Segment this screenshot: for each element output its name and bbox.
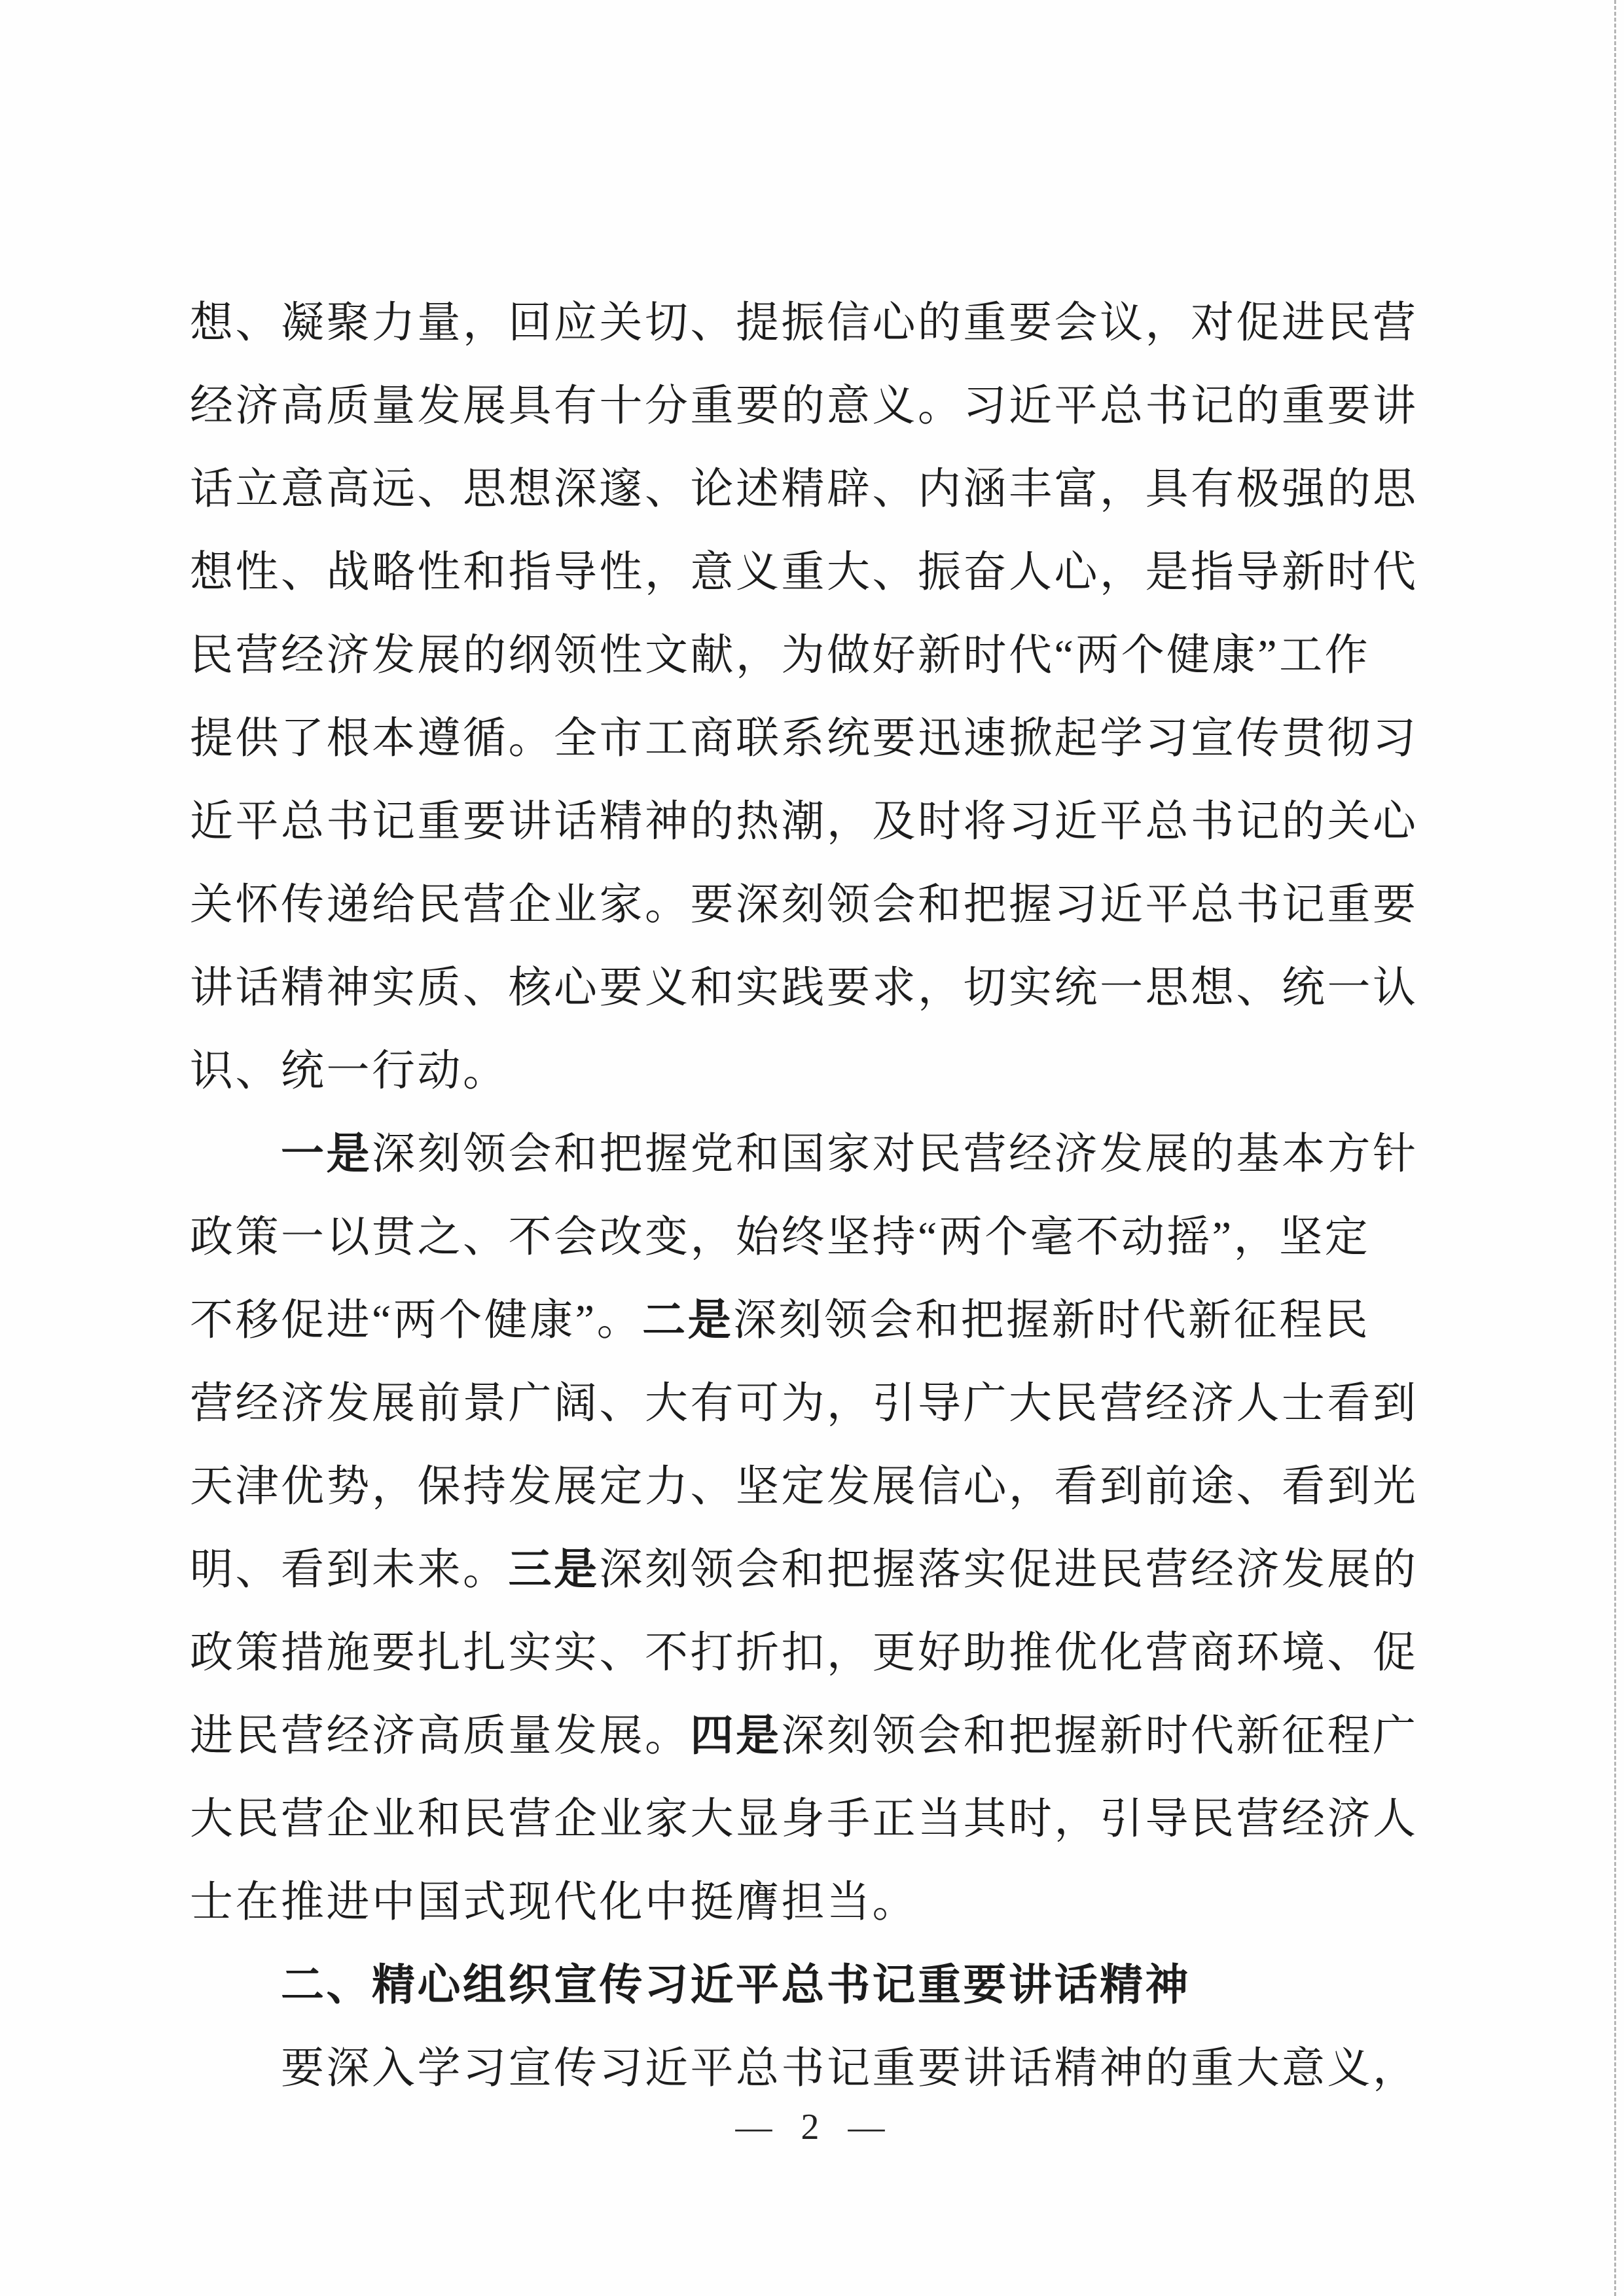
text-line: 关怀传递给民营企业家。要深刻领会和把握习近平总书记重要 xyxy=(190,863,1437,946)
text-line: 想性、战略性和指导性，意义重大、振奋人心，是指导新时代 xyxy=(190,531,1437,614)
document-page: 想、凝聚力量，回应关切、提振信心的重要会议，对促进民营经济高质量发展具有十分重要… xyxy=(0,0,1624,2296)
text-segment: 士在推进中国式现代化中挺膺担当。 xyxy=(190,1878,918,1926)
document-body: 想、凝聚力量，回应关切、提振信心的重要会议，对促进民营经济高质量发展具有十分重要… xyxy=(190,281,1437,2110)
text-segment: 经济高质量发展具有十分重要的意义。习近平总书记的重要讲 xyxy=(190,382,1418,430)
scan-artifact-dotted-line xyxy=(1614,0,1616,2296)
text-line: 提供了根本遵循。全市工商联系统要迅速掀起学习宣传贯彻习 xyxy=(190,697,1437,780)
text-segment: 营经济发展前景广阔、大有可为，引导广大民营经济人士看到 xyxy=(190,1380,1418,1427)
text-segment: 不移促进“两个健康”。 xyxy=(190,1297,642,1344)
text-segment: 深刻领会和把握落实促进民营经济发展的 xyxy=(600,1546,1418,1594)
text-line: 经济高质量发展具有十分重要的意义。习近平总书记的重要讲 xyxy=(190,365,1437,448)
text-line: 政策措施要扎扎实实、不打折扣，更好助推优化营商环境、促 xyxy=(190,1611,1437,1695)
text-line: 士在推进中国式现代化中挺膺担当。 xyxy=(190,1861,1437,1944)
text-segment: 明、看到未来。 xyxy=(190,1546,509,1594)
text-line: 政策一以贯之、不会改变，始终坚持“两个毫不动摇”，坚定 xyxy=(190,1196,1437,1279)
text-line: 一是深刻领会和把握党和国家对民营经济发展的基本方针 xyxy=(190,1113,1437,1196)
text-line: 近平总书记重要讲话精神的热潮，及时将习近平总书记的关心 xyxy=(190,780,1437,863)
text-segment: 深刻领会和把握新时代新征程广 xyxy=(782,1712,1418,1760)
text-segment: 政策一以贯之、不会改变，始终坚持“两个毫不动摇”，坚定 xyxy=(190,1213,1370,1261)
text-segment: 想性、战略性和指导性，意义重大、振奋人心，是指导新时代 xyxy=(190,548,1418,596)
text-line: 营经济发展前景广阔、大有可为，引导广大民营经济人士看到 xyxy=(190,1362,1437,1445)
text-line: 天津优势，保持发展定力、坚定发展信心，看到前途、看到光 xyxy=(190,1445,1437,1528)
text-segment: 政策措施要扎扎实实、不打折扣，更好助推优化营商环境、促 xyxy=(190,1629,1418,1677)
text-segment: 话立意高远、思想深邃、论述精辟、内涵丰富，具有极强的思 xyxy=(190,465,1418,513)
text-segment: 深刻领会和把握党和国家对民营经济发展的基本方针 xyxy=(372,1130,1418,1178)
text-segment: 关怀传递给民营企业家。要深刻领会和把握习近平总书记重要 xyxy=(190,881,1418,929)
text-segment: 大民营企业和民营企业家大显身手正当其时，引导民营经济人 xyxy=(190,1795,1418,1843)
text-segment: 近平总书记重要讲话精神的热潮，及时将习近平总书记的关心 xyxy=(190,798,1418,846)
text-line: 话立意高远、思想深邃、论述精辟、内涵丰富，具有极强的思 xyxy=(190,448,1437,531)
page-number: — 2 — xyxy=(736,2107,889,2147)
text-line: 识、统一行动。 xyxy=(190,1030,1437,1113)
text-segment: 民营经济发展的纲领性文献，为做好新时代“两个健康”工作 xyxy=(190,632,1370,679)
bold-text-segment: 三是 xyxy=(509,1546,600,1594)
text-line: 讲话精神实质、核心要义和实践要求，切实统一思想、统一认 xyxy=(190,946,1437,1030)
text-segment: 讲话精神实质、核心要义和实践要求，切实统一思想、统一认 xyxy=(190,964,1418,1012)
bold-text-segment: 一是 xyxy=(281,1130,372,1178)
text-segment: 想、凝聚力量，回应关切、提振信心的重要会议，对促进民营 xyxy=(190,299,1418,347)
bold-text-segment: 四是 xyxy=(691,1712,782,1760)
text-segment: 天津优势，保持发展定力、坚定发展信心，看到前途、看到光 xyxy=(190,1463,1418,1511)
text-segment: 要深入学习宣传习近平总书记重要讲话精神的重大意义， xyxy=(281,2045,1418,2092)
text-line: 明、看到未来。三是深刻领会和把握落实促进民营经济发展的 xyxy=(190,1528,1437,1611)
text-line: 进民营经济高质量发展。四是深刻领会和把握新时代新征程广 xyxy=(190,1695,1437,1778)
text-segment: 识、统一行动。 xyxy=(190,1047,509,1095)
text-line: 大民营企业和民营企业家大显身手正当其时，引导民营经济人 xyxy=(190,1778,1437,1861)
text-line: 想、凝聚力量，回应关切、提振信心的重要会议，对促进民营 xyxy=(190,281,1437,365)
text-line: 不移促进“两个健康”。二是深刻领会和把握新时代新征程民 xyxy=(190,1279,1437,1362)
bold-text-segment: 二是 xyxy=(642,1297,733,1344)
page-footer: — 2 — xyxy=(0,2098,1624,2157)
text-segment: 深刻领会和把握新时代新征程民 xyxy=(733,1297,1370,1344)
text-segment: 提供了根本遵循。全市工商联系统要迅速掀起学习宣传贯彻习 xyxy=(190,715,1418,762)
text-line: 民营经济发展的纲领性文献，为做好新时代“两个健康”工作 xyxy=(190,614,1437,697)
bold-text-segment: 二、精心组织宣传习近平总书记重要讲话精神 xyxy=(281,1962,1191,2009)
text-segment: 进民营经济高质量发展。 xyxy=(190,1712,691,1760)
text-line: 二、精心组织宣传习近平总书记重要讲话精神 xyxy=(190,1944,1437,2027)
